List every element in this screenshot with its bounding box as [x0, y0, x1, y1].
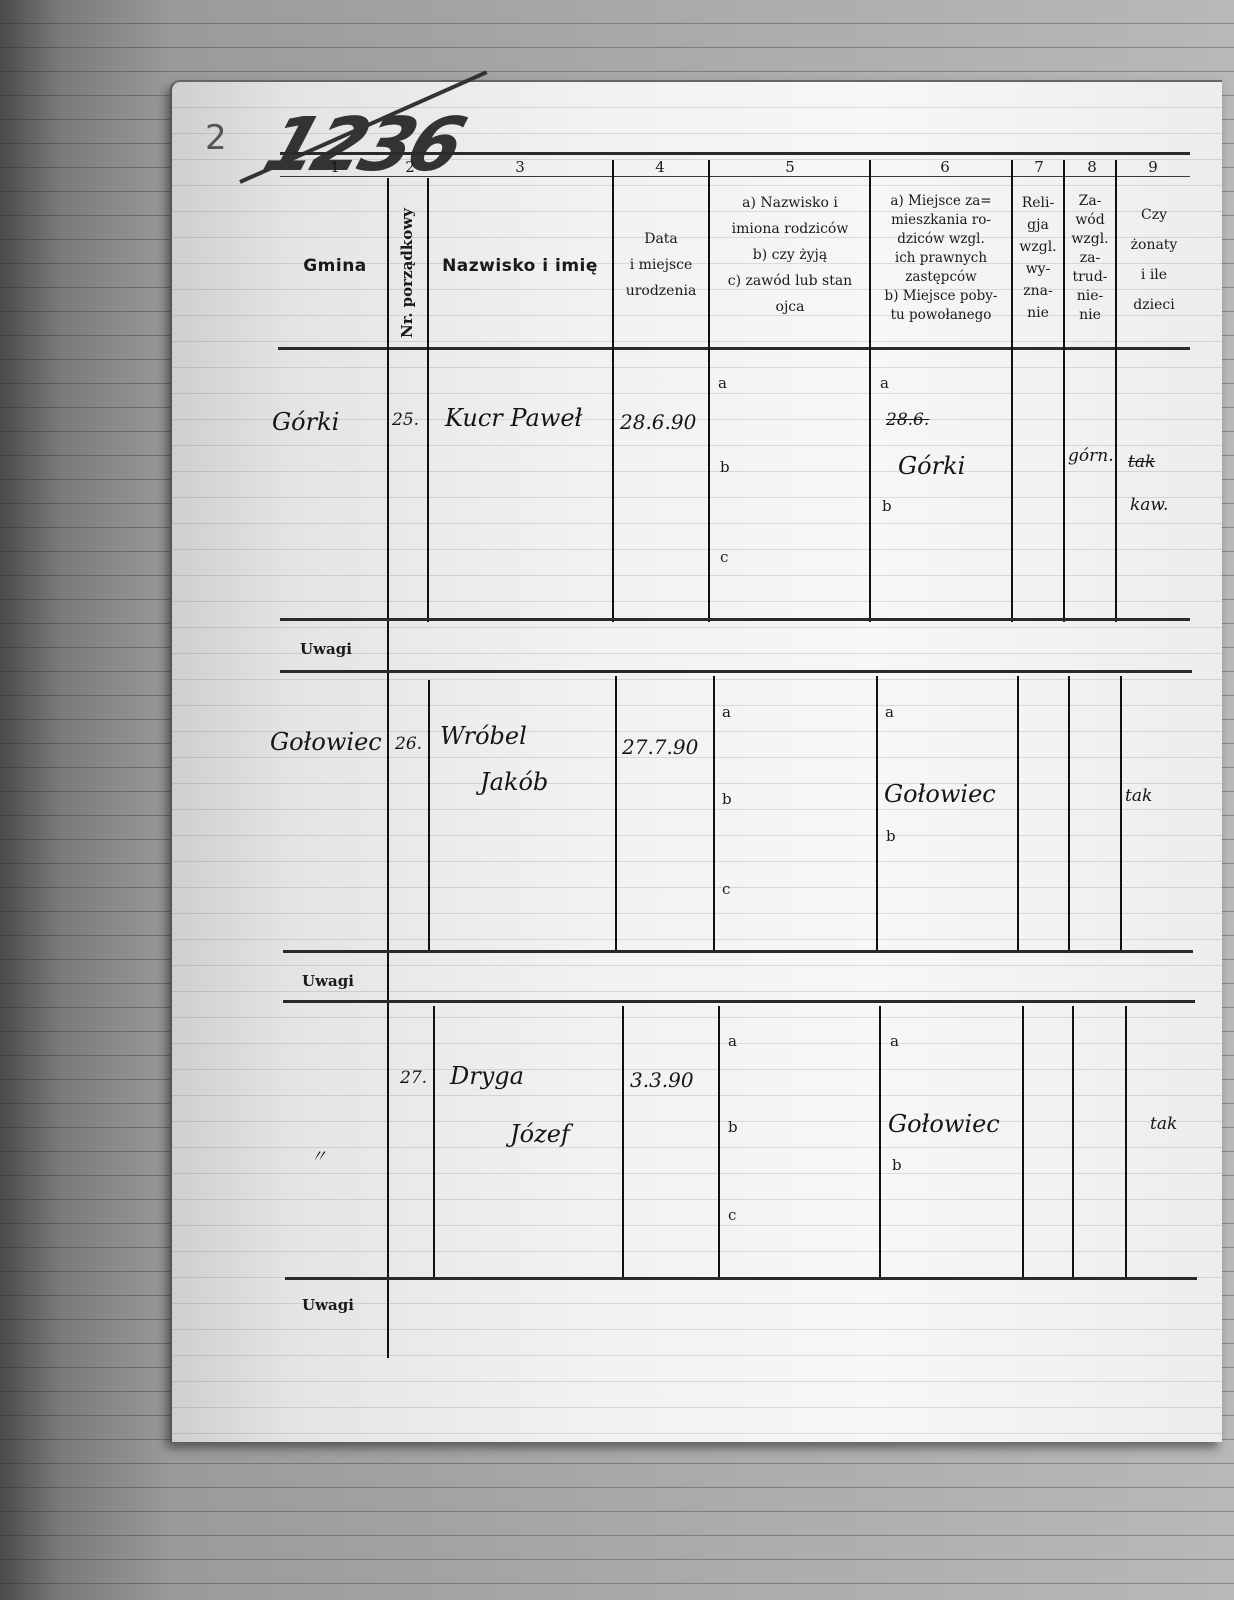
col-divider-1	[387, 178, 389, 1358]
entry-3-bottom-rule	[285, 1277, 1197, 1280]
entry-2-name-1: Wróbel	[440, 722, 527, 750]
header-line: nie-	[1065, 287, 1115, 306]
header-line: nie	[1013, 302, 1063, 324]
header-bottom-rule	[278, 347, 1190, 350]
header-line: b) Miejsce poby-	[872, 287, 1010, 306]
col-divider-8c	[1125, 1006, 1127, 1280]
header-religia: Reli- gja wzgl. wy- zna- nie	[1013, 192, 1063, 324]
entry-3-name-2: Józef	[510, 1120, 570, 1148]
entry-1-bottom-rule	[280, 618, 1190, 621]
header-line: ich prawnych	[872, 249, 1010, 268]
entry-1-col5-c: c	[720, 548, 728, 566]
entry-3-col9: tak	[1150, 1114, 1177, 1134]
header-line: a) Miejsce za=	[872, 192, 1010, 211]
col-divider-2b	[428, 680, 430, 952]
remarks-label-3: Uwagi	[302, 1296, 354, 1314]
entry-3-nr: 27.	[400, 1068, 427, 1088]
col-num-6: 6	[930, 158, 960, 176]
col-num-9: 9	[1138, 158, 1168, 176]
col-num-1: 1	[320, 158, 350, 176]
col-divider-2a	[427, 178, 429, 622]
entry-1-nr: 25.	[392, 410, 419, 430]
entry-2-col9: tak	[1125, 786, 1152, 806]
col-divider-6c	[1022, 1006, 1024, 1280]
entry-3-col5-c: c	[728, 1206, 736, 1224]
remarks-2-bottom-rule	[283, 1000, 1195, 1003]
entry-2-col6-a: a	[885, 703, 894, 721]
entry-3-gmina-ditto: 〃	[310, 1142, 327, 1167]
remarks-label-2: Uwagi	[302, 972, 354, 990]
remarks-1-bottom-rule	[280, 670, 1192, 673]
entry-1-name: Kucr Paweł	[445, 404, 582, 432]
header-nazwisko: Nazwisko i imię	[430, 258, 610, 275]
header-line: ojca	[710, 294, 870, 320]
header-line: nie	[1065, 306, 1115, 325]
header-line: Za-	[1065, 192, 1115, 211]
col-num-5: 5	[775, 158, 805, 176]
col-divider-3c	[622, 1006, 624, 1280]
header-rodzice: a) Nazwisko i imiona rodziców b) czy żyj…	[710, 190, 870, 320]
col-divider-6a	[1011, 160, 1013, 622]
entry-3-col6-b: b	[892, 1156, 902, 1174]
entry-2-col5-b: b	[722, 790, 732, 808]
header-line: wzgl.	[1013, 236, 1063, 258]
header-line: gja	[1013, 214, 1063, 236]
entry-3-birth: 3.3.90	[630, 1068, 694, 1092]
col-divider-2c	[433, 1006, 435, 1280]
col-num-7: 7	[1024, 158, 1054, 176]
header-line: trud-	[1065, 268, 1115, 287]
entry-2-col5-c: c	[722, 880, 730, 898]
entry-3-col6-a: a	[890, 1032, 899, 1050]
entry-1-col9: kaw.	[1130, 495, 1168, 515]
entry-1-col5-b: b	[720, 458, 730, 476]
header-line: i miejsce	[615, 252, 707, 278]
entry-3-col6-place: Gołowiec	[888, 1110, 1000, 1138]
entry-1-col6-a: a	[880, 374, 889, 392]
entry-2-name-2: Jakób	[480, 768, 548, 796]
entry-1-birth: 28.6.90	[620, 410, 696, 434]
entry-1-zawod: górn.	[1068, 446, 1114, 466]
entry-2-col6-b: b	[886, 827, 896, 845]
entry-1-col6-place: Górki	[898, 452, 965, 480]
entry-1-col6-struck: 28.6.	[886, 410, 929, 430]
col-num-3: 3	[505, 158, 535, 176]
header-line: dziców wzgl.	[872, 230, 1010, 249]
header-top-rule	[280, 152, 1190, 155]
header-line: dzieci	[1118, 290, 1190, 320]
entry-2-col5-a: a	[722, 703, 731, 721]
header-line: mieszkania ro-	[872, 211, 1010, 230]
col-num-2: 2	[395, 158, 425, 176]
header-line: tu powołanego	[872, 306, 1010, 325]
col-num-4: 4	[645, 158, 675, 176]
header-line: zastępców	[872, 268, 1010, 287]
header-zawod: Za- wód wzgl. za- trud- nie- nie	[1065, 192, 1115, 325]
entry-2-gmina: Gołowiec	[270, 728, 382, 756]
remarks-label-1: Uwagi	[300, 640, 352, 658]
header-line: Czy	[1118, 200, 1190, 230]
entry-3-name-1: Dryga	[450, 1062, 524, 1090]
entry-2-col6-place: Gołowiec	[884, 780, 996, 808]
col-divider-8a	[1115, 160, 1117, 622]
col-divider-4b	[713, 676, 715, 952]
header-line: b) czy żyją	[710, 242, 870, 268]
col-divider-7b	[1068, 676, 1070, 952]
header-line: wy-	[1013, 258, 1063, 280]
header-line: c) zawód lub stan	[710, 268, 870, 294]
header-data-urodzenia: Data i miejsce urodzenia	[615, 226, 707, 304]
header-line: wzgl.	[1065, 230, 1115, 249]
col-divider-7a	[1063, 160, 1065, 622]
header-gmina: Gmina	[285, 258, 385, 275]
entry-1-col5-a: a	[718, 374, 727, 392]
col-divider-3b	[615, 676, 617, 952]
header-line: żonaty	[1118, 230, 1190, 260]
col-divider-7c	[1072, 1006, 1074, 1280]
header-line: Data	[615, 226, 707, 252]
entry-3-col5-b: b	[728, 1118, 738, 1136]
header-line: a) Nazwisko i	[710, 190, 870, 216]
page-marker: 2	[205, 118, 227, 158]
header-line: Reli-	[1013, 192, 1063, 214]
col-divider-4a	[708, 160, 710, 622]
col-divider-8b	[1120, 676, 1122, 952]
header-miejsce: a) Miejsce za= mieszkania ro- dziców wzg…	[872, 192, 1010, 325]
header-nr-porzadkowy: Nr. porządkowy	[398, 208, 416, 338]
entry-2-bottom-rule	[283, 950, 1193, 953]
entry-1-gmina: Górki	[272, 408, 339, 436]
header-line: zna-	[1013, 280, 1063, 302]
header-line: imiona rodziców	[710, 216, 870, 242]
col-divider-5b	[876, 676, 878, 952]
entry-1-col9-struck: tak	[1128, 452, 1155, 472]
header-zonaty: Czy żonaty i ile dzieci	[1118, 200, 1190, 320]
header-line: urodzenia	[615, 278, 707, 304]
entry-3-col5-a: a	[728, 1032, 737, 1050]
col-divider-3a	[612, 160, 614, 622]
header-line: i ile	[1118, 260, 1190, 290]
col-divider-4c	[718, 1006, 720, 1280]
header-line: za-	[1065, 249, 1115, 268]
entry-1-col6-b: b	[882, 497, 892, 515]
header-line: wód	[1065, 211, 1115, 230]
entry-2-nr: 26.	[395, 734, 422, 754]
col-divider-6b	[1017, 676, 1019, 952]
entry-2-birth: 27.7.90	[622, 735, 698, 759]
col-num-8: 8	[1077, 158, 1107, 176]
col-divider-5c	[879, 1006, 881, 1280]
col-divider-5a	[869, 160, 871, 622]
header-number-rule	[280, 176, 1190, 177]
